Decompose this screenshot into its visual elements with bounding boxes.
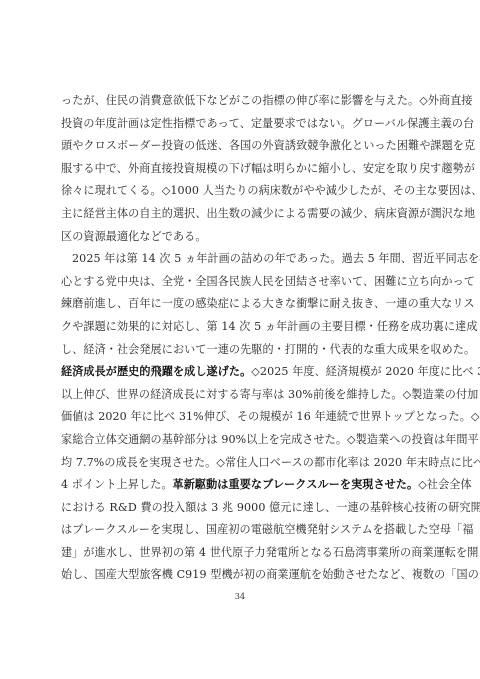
text-line: 服する中で、外商直接投資規模の下げ幅は明らかに縮小し、安定を取り戻す趨勢が [61,158,418,181]
body-text-segment: 投資の年度計画は定性指標であって、定量要求ではない。グローバル保護主義の台 [61,117,474,130]
body-text-segment: 始し、国産大型旅客機 C919 型機が初の商業運航を始動させたなど、複数の「国の [61,568,479,581]
text-line: 心とする党中央は、全党・全国各民族人民を団結させ率いて、困難に立ち向かって [61,271,418,294]
text-line: 家総合立体交通網の基幹部分は 90%以上を完成させた。◇製造業への投資は年間平 [61,429,418,452]
body-text-segment: 価値は 2020 年に比べ 31%伸び、その規模が 16 年連続で世界トップとな… [61,410,480,423]
body-text-segment: における R&D 費の投入額は 3 兆 9000 億元に達し、一連の基幹核心技術… [61,501,480,514]
page-number: 34 [0,592,480,601]
body-text-segment: 4 ポイント上昇した。 [61,478,173,491]
body-text-segment: 頭やクロスボーダー投資の低迷、各国の外資誘致競争激化といった困難や課題を克 [61,139,475,152]
text-line: 以上伸び、世界の経済成長に対する寄与率は 30%前後を維持した。◇製造業の付加 [61,384,418,407]
body-text-segment: 服する中で、外商直接投資規模の下げ幅は明らかに縮小し、安定を取り戻す趨勢が [61,162,475,175]
document-page: ったが、住民の消費意欲低下などがこの指標の伸び率に影響を与えた。◇外商直接投資の… [0,0,480,679]
body-text-segment: 均 7.7%の成長を実現させた。◇常住人口ベースの都市化率は 2020 年末時点… [61,456,480,469]
text-line: 主に経営主体の自主的選択、出生数の減少による需要の減少、病床資源が潤沢な地 [61,203,418,226]
text-line: 4 ポイント上昇した。革新駆動は重要なブレークスルーを実現させた。◇社会全体 [61,474,418,497]
text-line: 建」が進水し、世界初の第 4 世代原子力発電所となる石島湾事業所の商業運転を開 [61,542,418,565]
body-text-segment: はブレークスルーを実現し、国産初の電磁航空機発射システムを搭載した空母「福 [61,523,474,536]
body-text-segment: 徐々に現れてくる。◇1000 人当たりの病床数がやや減少したが、その主な要因は、 [61,184,480,197]
body-text-segment: 建」が進水し、世界初の第 4 世代原子力発電所となる石島湾事業所の商業運転を開 [61,546,478,559]
text-line: 練磨前進し、百年に一度の感染症による大きな衝撃に耐え抜き、一連の重大なリス [61,293,418,316]
text-line: 経済成長が歴史的飛躍を成し遂げた。◇2025 年度、経済規模が 2020 年度に… [61,361,418,384]
text-line: における R&D 費の投入額は 3 兆 9000 億元に達し、一連の基幹核心技術… [61,497,418,520]
text-line: 2025 年は第 14 次 5 ヵ年計画の詰めの年であった。過去 5 年間、習近… [61,248,418,271]
text-line: はブレークスルーを実現し、国産初の電磁航空機発射システムを搭載した空母「福 [61,519,418,542]
text-line: し、経済・社会発展において一連の先駆的・打開的・代表的な重大成果を収めた。 [61,339,418,362]
text-line: クや課題に効果的に対応し、第 14 次 5 ヵ年計画の主要目標・任務を成功裏に達… [61,316,418,339]
text-line: 始し、国産大型旅客機 C919 型機が初の商業運航を始動させたなど、複数の「国の [61,564,418,587]
text-line: 投資の年度計画は定性指標であって、定量要求ではない。グローバル保護主義の台 [61,113,418,136]
text-line: ったが、住民の消費意欲低下などがこの指標の伸び率に影響を与えた。◇外商直接 [61,90,418,113]
body-text-segment: 主に経営主体の自主的選択、出生数の減少による需要の減少、病床資源が潤沢な地 [61,207,475,220]
body-text-segment: 心とする党中央は、全党・全国各民族人民を団結させ率いて、困難に立ち向かって [61,275,475,288]
text-line: 均 7.7%の成長を実現させた。◇常住人口ベースの都市化率は 2020 年末時点… [61,452,418,475]
body-text-segment: 以上伸び、世界の経済成長に対する寄与率は 30%前後を維持した。◇製造業の付加 [61,388,478,401]
text-line: 頭やクロスボーダー投資の低迷、各国の外資誘致競争激化といった困難や課題を克 [61,135,418,158]
body-text-segment: ったが、住民の消費意欲低下などがこの指標の伸び率に影響を与えた。◇外商直接 [61,94,473,107]
body-text-segment: クや課題に効果的に対応し、第 14 次 5 ヵ年計画の主要目標・任務を成功裏に達… [61,320,478,333]
body-text-segment: 2025 年は第 14 次 5 ヵ年計画の詰めの年であった。過去 5 年間、習近… [72,252,480,265]
bold-heading-text: 革新駆動は重要なブレークスルーを実現させた。 [173,478,419,491]
bold-heading-text: 経済成長が歴史的飛躍を成し遂げた。 [61,365,251,378]
body-text-segment: ◇2025 年度、経済規模が 2020 年度に比べ 35% [251,365,480,378]
body-text-segment: 区の資源最適化などである。 [61,230,207,243]
text-line: 価値は 2020 年に比べ 31%伸び、その規模が 16 年連続で世界トップとな… [61,406,418,429]
body-text-segment: ◇社会全体 [418,478,471,491]
body-text-segment: 家総合立体交通網の基幹部分は 90%以上を完成させた。◇製造業への投資は年間平 [61,433,479,446]
body-text-segment: し、経済・社会発展において一連の先駆的・打開的・代表的な重大成果を収めた。 [61,343,475,356]
body-text: ったが、住民の消費意欲低下などがこの指標の伸び率に影響を与えた。◇外商直接投資の… [61,90,418,587]
body-text-segment: 練磨前進し、百年に一度の感染症による大きな衝撃に耐え抜き、一連の重大なリス [61,297,475,310]
text-line: 徐々に現れてくる。◇1000 人当たりの病床数がやや減少したが、その主な要因は、 [61,180,418,203]
text-line: 区の資源最適化などである。 [61,226,418,249]
